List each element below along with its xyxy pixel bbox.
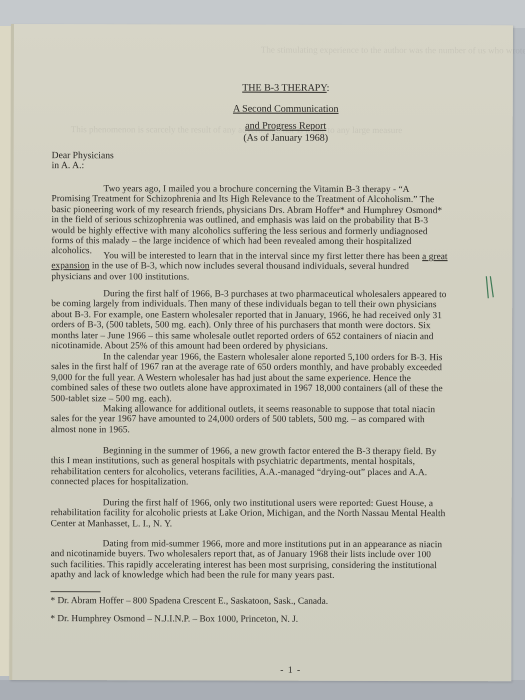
footnote-osmond: * Dr. Humphrey Osmond – N.J.I.N.P. – Box…	[50, 614, 298, 625]
document-body: THE B-3 THERAPY: A Second Communication …	[52, 24, 450, 25]
table-surface	[0, 680, 525, 700]
paragraph-institutions: Beginning in the summer of 1966, a new g…	[51, 446, 449, 489]
footnote-hoffer: * Dr. Abram Hoffer – 800 Spadena Crescen…	[50, 596, 328, 607]
paragraph-allowance: Making allowance for additional outlets,…	[51, 404, 449, 436]
document-title: THE B-3 THERAPY:	[52, 83, 520, 95]
paragraph-calendar-1966: In the calendar year 1966, the Eastern w…	[51, 352, 449, 405]
subtitle-line-2: and Progress Report	[52, 121, 520, 133]
salutation-line-2: in A. A.:	[52, 161, 114, 171]
title-text: THE B-3 THERAPY	[242, 83, 326, 94]
paragraph-mid-summer: Dating from mid-summer 1966, more and mo…	[51, 539, 449, 582]
document-page: The stimulating experience to the author…	[9, 24, 513, 681]
paragraph-intro: Two years ago, I mailed you a brochure c…	[51, 184, 449, 258]
bleed-through-text: The stimulating experience to the author…	[261, 45, 525, 56]
salutation: Dear Physicians in A. A.:	[52, 151, 114, 171]
date-line: (As of January 1968)	[52, 133, 520, 145]
footnote-separator	[51, 591, 101, 592]
subtitle-text-1: A Second Communication	[233, 104, 339, 115]
subtitle-line-1: A Second Communication	[52, 104, 520, 116]
paragraph-expansion: You will be interested to learn that in …	[51, 251, 449, 283]
page-spine	[9, 24, 14, 680]
subtitle-text-2: and Progress Report	[245, 121, 326, 132]
page-number: - 1 -	[280, 666, 301, 676]
margin-annotation-double-line-icon	[485, 275, 495, 300]
paragraph-first-users: During the first half of 1966, only two …	[51, 498, 449, 530]
paragraph-wholesalers-1966: During the first half of 1966, B-3 purch…	[51, 289, 449, 352]
title-colon: :	[327, 83, 330, 94]
expansion-text-after: in the use of B-3, which now includes se…	[51, 262, 409, 283]
date-text: (As of January 1968)	[243, 133, 328, 144]
